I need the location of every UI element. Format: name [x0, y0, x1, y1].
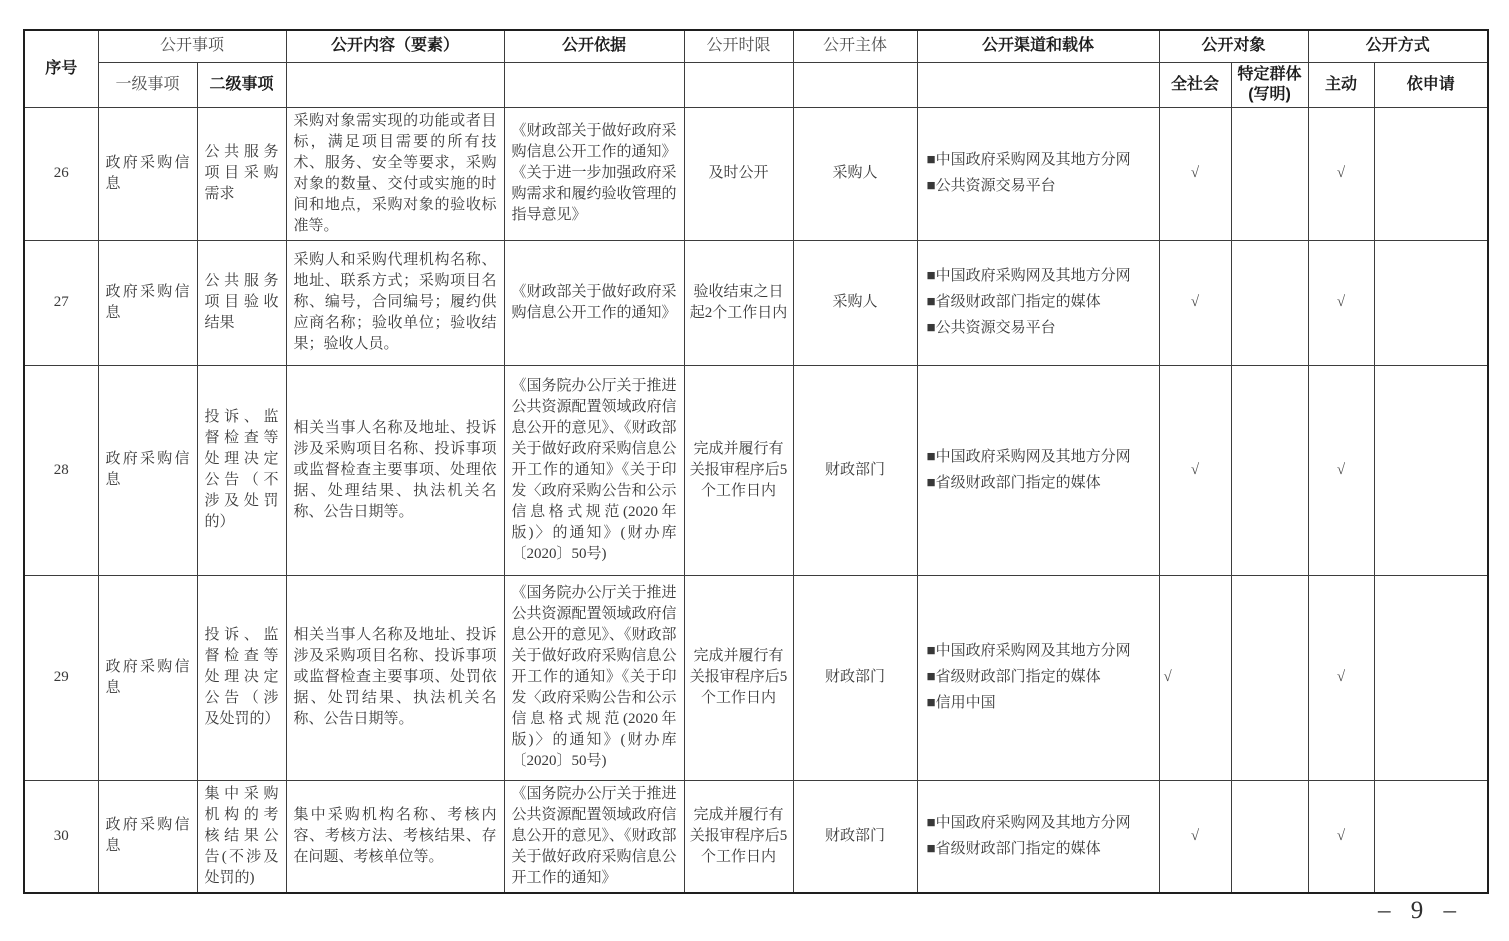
cell-subject: 财政部门 — [793, 780, 917, 893]
channel-item: ■信用中国 — [927, 693, 1150, 714]
header-mode-group: 公开方式 — [1308, 30, 1488, 62]
cell-level1: 政府采购信息 — [98, 780, 197, 893]
cell-seq: 30 — [24, 780, 98, 893]
header-matter-group: 公开事项 — [98, 30, 286, 62]
cell-channels: ■中国政府采购网及其地方分网■省级财政部门指定的媒体■公共资源交易平台 — [917, 240, 1159, 365]
cell-mode-proactive: √ — [1308, 575, 1374, 780]
header-empty-content — [286, 62, 504, 107]
cell-audience-all: √ — [1159, 575, 1231, 780]
channel-item: ■公共资源交易平台 — [927, 176, 1150, 197]
cell-channels: ■中国政府采购网及其地方分网■公共资源交易平台 — [917, 107, 1159, 240]
cell-audience-all: √ — [1159, 780, 1231, 893]
channel-item: ■中国政府采购网及其地方分网 — [927, 150, 1150, 171]
header-basis: 公开依据 — [504, 30, 684, 62]
header-audience-specific: 特定群体(写明) — [1231, 62, 1308, 107]
channel-item: ■省级财政部门指定的媒体 — [927, 292, 1150, 313]
channel-item: ■中国政府采购网及其地方分网 — [927, 813, 1150, 834]
table-header: 序号 公开事项 公开内容（要素） 公开依据 公开时限 公开主体 公开渠道和载体 … — [24, 30, 1488, 107]
channel-item: ■中国政府采购网及其地方分网 — [927, 641, 1150, 662]
cell-content: 相关当事人名称及地址、投诉涉及采购项目名称、投诉事项或监督检查主要事项、处理依据… — [286, 365, 504, 575]
cell-basis: 《国务院办公厅关于推进公共资源配置领域政府信息公开的意见》、《财政部关于做好政府… — [504, 780, 684, 893]
cell-content: 集中采购机构名称、考核内容、考核方法、考核结果、存在问题、考核单位等。 — [286, 780, 504, 893]
cell-mode-on-request — [1374, 780, 1488, 893]
page-number: – 9 – — [1378, 897, 1463, 925]
header-row-1: 序号 公开事项 公开内容（要素） 公开依据 公开时限 公开主体 公开渠道和载体 … — [24, 30, 1488, 62]
cell-mode-on-request — [1374, 107, 1488, 240]
header-channels: 公开渠道和载体 — [917, 30, 1159, 62]
cell-channels: ■中国政府采购网及其地方分网■省级财政部门指定的媒体■信用中国 — [917, 575, 1159, 780]
cell-level2: 投诉、监督检查等处理决定公告（涉及处罚的） — [197, 575, 286, 780]
header-time-limit: 公开时限 — [684, 30, 793, 62]
cell-mode-proactive: √ — [1308, 107, 1374, 240]
header-empty-channels — [917, 62, 1159, 107]
header-subject: 公开主体 — [793, 30, 917, 62]
cell-mode-proactive: √ — [1308, 780, 1374, 893]
cell-level1: 政府采购信息 — [98, 365, 197, 575]
cell-basis: 《国务院办公厅关于推进公共资源配置领域政府信息公开的意见》、《财政部关于做好政府… — [504, 365, 684, 575]
header-audience-all: 全社会 — [1159, 62, 1231, 107]
cell-time-limit: 完成并履行有关报审程序后5个工作日内 — [684, 575, 793, 780]
cell-mode-proactive: √ — [1308, 240, 1374, 365]
cell-mode-proactive: √ — [1308, 365, 1374, 575]
cell-level1: 政府采购信息 — [98, 240, 197, 365]
cell-time-limit: 完成并履行有关报审程序后5个工作日内 — [684, 365, 793, 575]
document-page: 序号 公开事项 公开内容（要素） 公开依据 公开时限 公开主体 公开渠道和载体 … — [0, 0, 1509, 941]
header-matter-l1: 一级事项 — [98, 62, 197, 107]
table-row-27: 27 政府采购信息 公共服务项目验收结果 采购人和采购代理机构名称、地址、联系方… — [24, 240, 1488, 365]
cell-mode-on-request — [1374, 240, 1488, 365]
cell-level2: 投诉、监督检查等处理决定公告（不涉及处罚的） — [197, 365, 286, 575]
cell-seq: 29 — [24, 575, 98, 780]
cell-level2: 集中采购机构的考核结果公告(不涉及处罚的) — [197, 780, 286, 893]
header-matter-l2: 二级事项 — [197, 62, 286, 107]
cell-seq: 26 — [24, 107, 98, 240]
channel-item: ■中国政府采购网及其地方分网 — [927, 266, 1150, 287]
cell-content: 相关当事人名称及地址、投诉涉及采购项目名称、投诉事项或监督检查主要事项、处罚依据… — [286, 575, 504, 780]
cell-subject: 采购人 — [793, 107, 917, 240]
channel-item: ■省级财政部门指定的媒体 — [927, 839, 1150, 860]
cell-mode-on-request — [1374, 365, 1488, 575]
table-body: 26 政府采购信息 公共服务项目采购需求 采购对象需实现的功能或者目标，满足项目… — [24, 107, 1488, 893]
cell-level2: 公共服务项目采购需求 — [197, 107, 286, 240]
cell-time-limit: 及时公开 — [684, 107, 793, 240]
table-row-30: 30 政府采购信息 集中采购机构的考核结果公告(不涉及处罚的) 集中采购机构名称… — [24, 780, 1488, 893]
cell-subject: 采购人 — [793, 240, 917, 365]
cell-time-limit: 验收结束之日起2个工作日内 — [684, 240, 793, 365]
cell-subject: 财政部门 — [793, 365, 917, 575]
header-empty-subject — [793, 62, 917, 107]
cell-level2: 公共服务项目验收结果 — [197, 240, 286, 365]
disclosure-table: 序号 公开事项 公开内容（要素） 公开依据 公开时限 公开主体 公开渠道和载体 … — [23, 29, 1489, 894]
channel-item: ■公共资源交易平台 — [927, 318, 1150, 339]
header-mode-on-request: 依申请 — [1374, 62, 1488, 107]
header-empty-basis — [504, 62, 684, 107]
channel-item: ■省级财政部门指定的媒体 — [927, 473, 1150, 494]
cell-level1: 政府采购信息 — [98, 575, 197, 780]
cell-seq: 27 — [24, 240, 98, 365]
cell-audience-specific — [1231, 365, 1308, 575]
cell-audience-all: √ — [1159, 365, 1231, 575]
cell-level1: 政府采购信息 — [98, 107, 197, 240]
header-audience-group: 公开对象 — [1159, 30, 1308, 62]
header-mode-proactive: 主动 — [1308, 62, 1374, 107]
cell-content: 采购人和采购代理机构名称、地址、联系方式；采购项目名称、编号，合同编号；履约供应… — [286, 240, 504, 365]
cell-audience-specific — [1231, 107, 1308, 240]
cell-audience-specific — [1231, 240, 1308, 365]
cell-channels: ■中国政府采购网及其地方分网■省级财政部门指定的媒体 — [917, 365, 1159, 575]
table-row-29: 29 政府采购信息 投诉、监督检查等处理决定公告（涉及处罚的） 相关当事人名称及… — [24, 575, 1488, 780]
channel-item: ■中国政府采购网及其地方分网 — [927, 447, 1150, 468]
cell-mode-on-request — [1374, 575, 1488, 780]
channel-item: ■省级财政部门指定的媒体 — [927, 667, 1150, 688]
cell-audience-all: √ — [1159, 107, 1231, 240]
header-content: 公开内容（要素） — [286, 30, 504, 62]
cell-audience-specific — [1231, 780, 1308, 893]
header-row-2: 一级事项 二级事项 全社会 特定群体(写明) 主动 依申请 — [24, 62, 1488, 107]
cell-audience-all: √ — [1159, 240, 1231, 365]
cell-content: 采购对象需实现的功能或者目标，满足项目需要的所有技术、服务、安全等要求，采购对象… — [286, 107, 504, 240]
cell-basis: 《国务院办公厅关于推进公共资源配置领域政府信息公开的意见》、《财政部关于做好政府… — [504, 575, 684, 780]
cell-channels: ■中国政府采购网及其地方分网■省级财政部门指定的媒体 — [917, 780, 1159, 893]
header-seq: 序号 — [24, 30, 98, 107]
cell-seq: 28 — [24, 365, 98, 575]
cell-basis: 《财政部关于做好政府采购信息公开工作的通知》 — [504, 240, 684, 365]
cell-audience-specific — [1231, 575, 1308, 780]
table-row-28: 28 政府采购信息 投诉、监督检查等处理决定公告（不涉及处罚的） 相关当事人名称… — [24, 365, 1488, 575]
cell-subject: 财政部门 — [793, 575, 917, 780]
header-empty-time-limit — [684, 62, 793, 107]
table-row-26: 26 政府采购信息 公共服务项目采购需求 采购对象需实现的功能或者目标，满足项目… — [24, 107, 1488, 240]
cell-basis: 《财政部关于做好政府采购信息公开工作的通知》《关于进一步加强政府采购需求和履约验… — [504, 107, 684, 240]
cell-time-limit: 完成并履行有关报审程序后5个工作日内 — [684, 780, 793, 893]
